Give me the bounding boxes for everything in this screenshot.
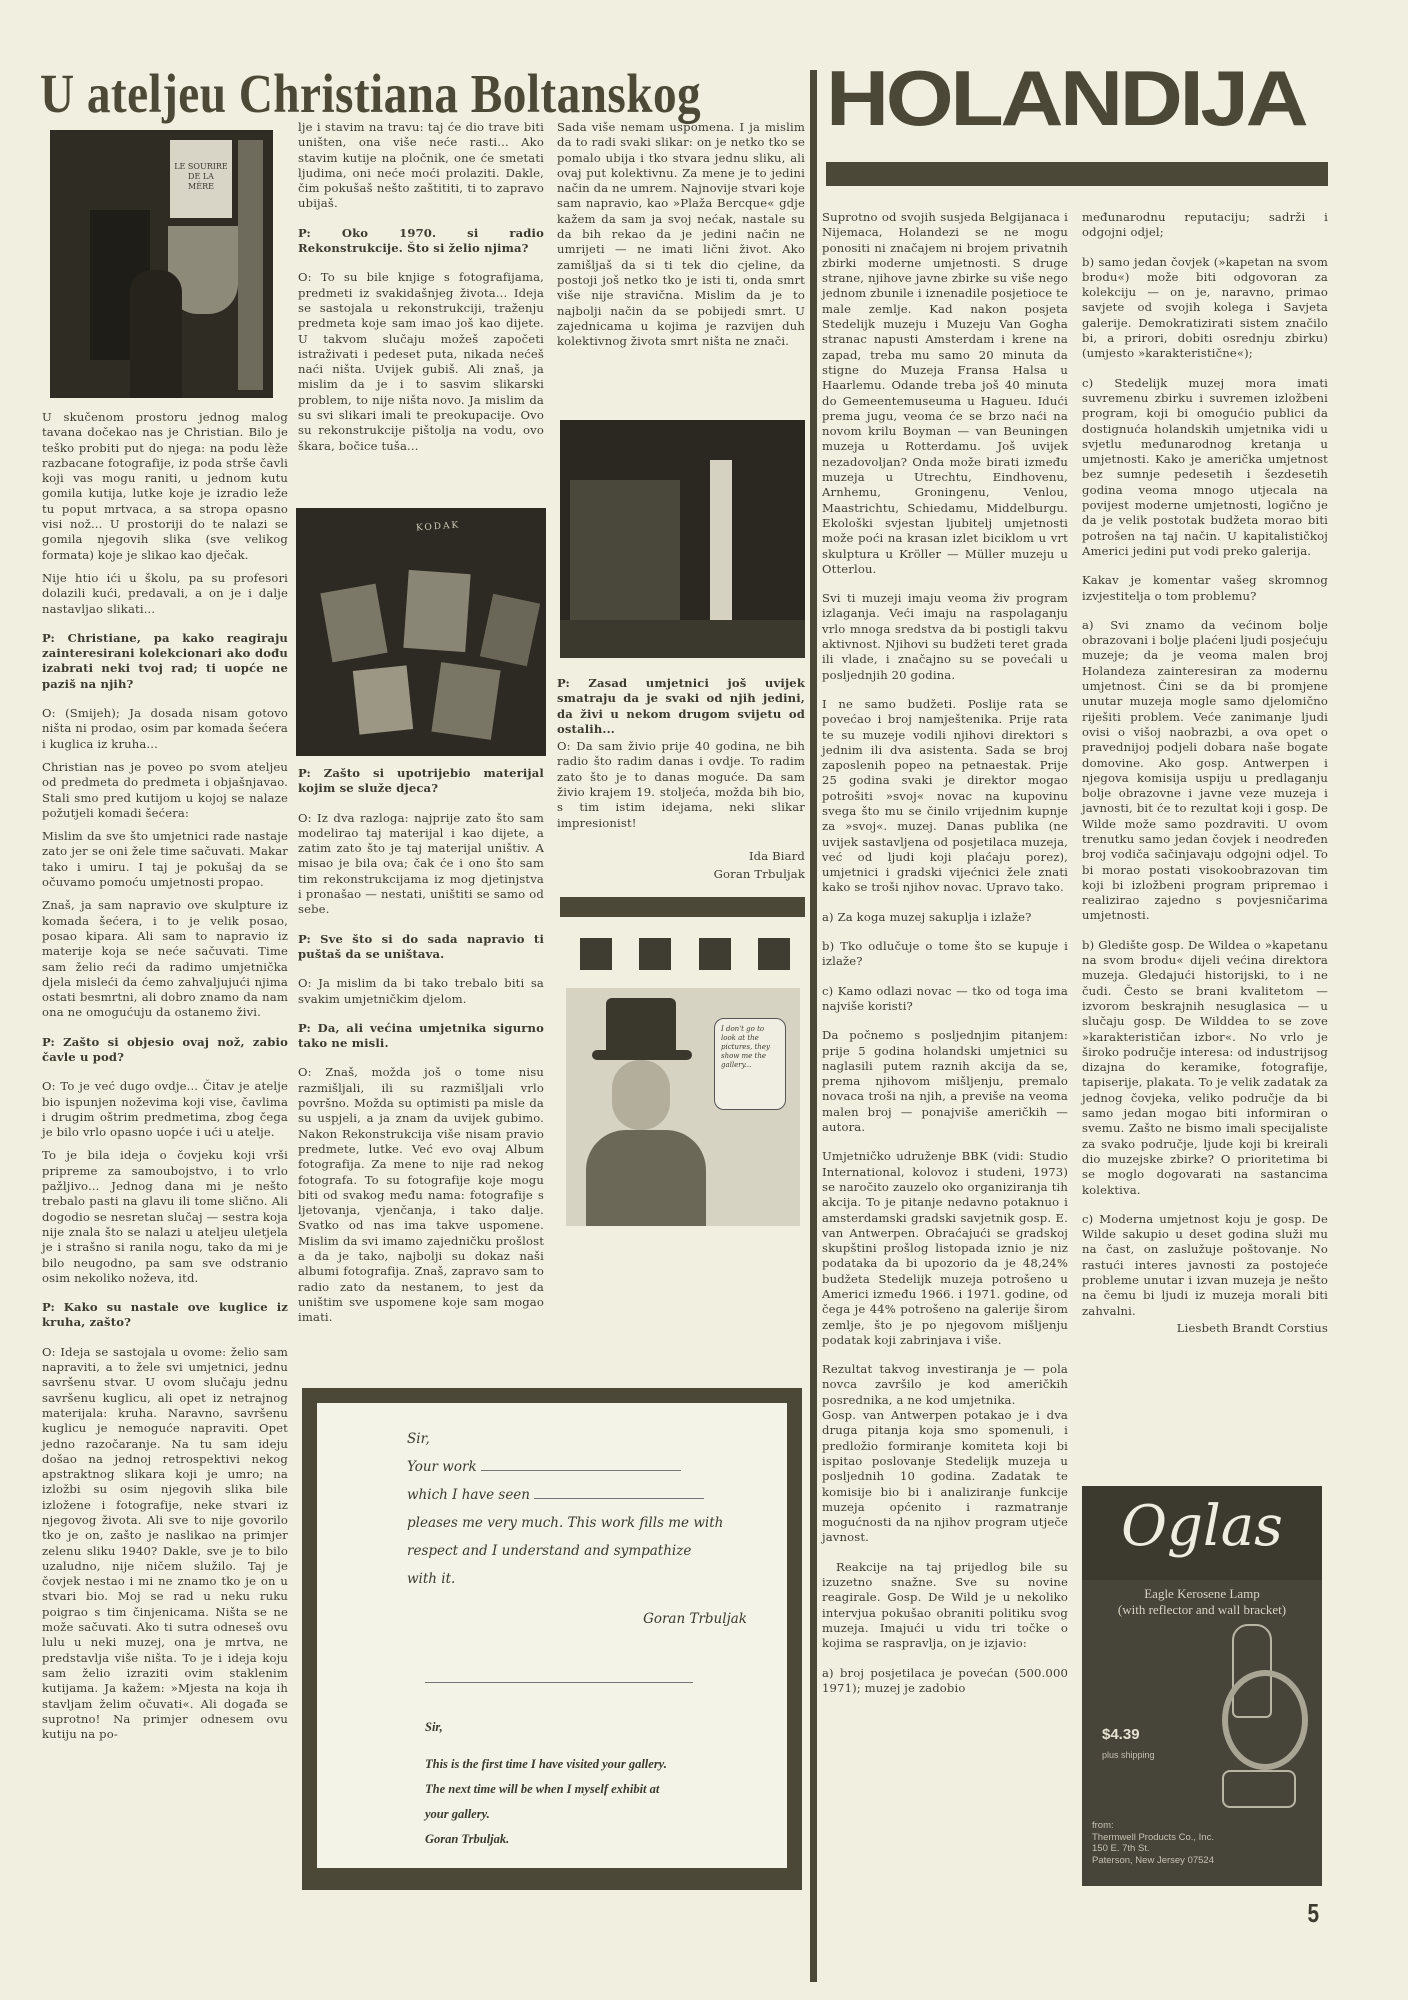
answer-3: O: Ideja se sastojala u ovome: želio sam…	[42, 1345, 288, 1743]
holandija-c2-p2: b) samo jedan čovjek (»kapetan na svom b…	[1082, 255, 1328, 362]
photo-person	[130, 270, 182, 398]
letter-frame: Sir, Your work which I have seen pleases…	[302, 1388, 802, 1890]
answer-1-c: Mislim da sve što umjetnici rade nastaje…	[42, 829, 288, 890]
answer-1-b: Christian nas je poveo po svom ateljeu o…	[42, 760, 288, 821]
photo-sign: LE SOURIRE DE LA MÈRE	[170, 140, 232, 218]
holandija-p3: I ne samo budžeti. Poslije rata se poveć…	[822, 697, 1068, 896]
ad-body: Eagle Kerosene Lamp (with reflector and …	[1082, 1580, 1322, 1886]
photo-floor	[560, 620, 805, 658]
right-column-1: Suprotno od svojih susjeda Belgijanaca i…	[822, 210, 1068, 1704]
photo-frame-1	[320, 584, 387, 663]
blank-line	[534, 1498, 704, 1499]
holandija-c2-p6: b) Gledište gosp. De Wildea o »kapetanu …	[1082, 938, 1328, 1198]
title-underline-bar	[826, 162, 1328, 186]
ad-product-sub: (with reflector and wall bracket)	[1082, 1602, 1322, 1618]
photo-man-in-hat: I don't go to look at the pictures, they…	[566, 988, 800, 1226]
article-title-boltanski: U ateljeu Christiana Boltanskog	[40, 64, 702, 124]
answer-2: O: To je već dugo ovdje... Čitav je atel…	[42, 1079, 288, 1140]
photo-kodak-label: KODAK	[416, 520, 461, 533]
square-1	[580, 938, 612, 970]
question-3: P: Kako su nastale ove kuglice iz kruha,…	[42, 1300, 288, 1331]
holandija-c2-p1: međunarodnu reputaciju; sadrži i odgojni…	[1082, 210, 1328, 241]
column-divider-bar	[810, 70, 817, 1982]
author-goran-trbuljak: Goran Trbuljak	[557, 865, 805, 883]
photo-face	[612, 1060, 670, 1130]
holandija-p4: Da počnemo s posljednjim pitanjem: prije…	[822, 1028, 1068, 1135]
author-ida-biard: Ida Biard	[557, 847, 805, 865]
holandija-c2-p4: Kakav je komentar vašeg skromnog izvjest…	[1082, 573, 1328, 604]
holandija-c2-p7: c) Moderna umjetnost koju je gosp. De Wi…	[1082, 1212, 1328, 1319]
lamp-reflector-icon	[1222, 1670, 1308, 1770]
left-column-2-bottom: P: Zašto si upotrijebio materijal kojim …	[298, 762, 544, 1334]
letter-separator	[425, 1682, 693, 1683]
question-6: P: Sve što si do sada napravio ti puštaš…	[298, 932, 544, 963]
photo-frame-5	[431, 662, 500, 740]
photo-light-column	[710, 460, 732, 620]
answer-2-b: To je bila ideja o čovjeku koji vrši pri…	[42, 1148, 288, 1286]
question-4: P: Oko 1970. si radio Rekonstrukcije. Št…	[298, 226, 544, 257]
answer-1: O: (Smijeh); Ja dosada nisam gotovo ništ…	[42, 706, 288, 752]
answer-5: O: Iz dva razloga: najprije zato što sam…	[298, 811, 544, 918]
letter-handwritten: Sir, Your work which I have seen pleases…	[407, 1425, 747, 1633]
blank-line	[481, 1470, 681, 1471]
holandija-question-a: a) Za koga muzej sakuplja i izlaže?	[822, 910, 1068, 925]
holandija-p1: Suprotno od svojih susjeda Belgijanaca i…	[822, 210, 1068, 577]
continued-paragraph: lje i stavim na travu: taj će dio trave …	[298, 120, 544, 212]
question-2: P: Zašto si objesio ovaj nož, zabio čavl…	[42, 1035, 288, 1066]
photo-interior	[560, 420, 805, 658]
holandija-c2-p3: c) Stedelijk muzej mora imati suvremenu …	[1082, 376, 1328, 560]
holandija-question-c: c) Kamo odlazi novac — tko od toga ima n…	[822, 984, 1068, 1015]
photo-boltanski-atelier: LE SOURIRE DE LA MÈRE	[50, 130, 273, 398]
question-7: P: Da, ali većina umjetnika sigurno tako…	[298, 1021, 544, 1052]
film-strip-squares	[580, 938, 790, 970]
photo-frame-3	[480, 594, 540, 667]
photo-body	[586, 1130, 706, 1226]
continued-paragraph-2: Sada više nemam uspomena. I ja mislim da…	[557, 120, 805, 349]
ad-product: Eagle Kerosene Lamp	[1082, 1586, 1322, 1602]
photo-frame-4	[353, 665, 413, 734]
left-column-3-top: Sada više nemam uspomena. I ja mislim da…	[557, 120, 805, 357]
ad-heading: Oglas	[1082, 1492, 1322, 1562]
intro-paragraph-2: Nije htio ići u školu, pa su profesori d…	[42, 571, 288, 617]
answer-6: O: Ja mislim da bi tako trebalo biti sa …	[298, 976, 544, 1007]
letter-paper: Sir, Your work which I have seen pleases…	[317, 1403, 787, 1868]
square-3	[699, 938, 731, 970]
holandija-p2: Svi ti muzeji imaju veoma živ program iz…	[822, 591, 1068, 683]
ad-address: from: Thermwell Products Co., Inc. 150 E…	[1092, 1820, 1214, 1866]
left-column-3-mid: P: Zasad umjetnici još uvijek smatraju d…	[557, 672, 805, 883]
holandija-p7: Gosp. van Antwerpen potakao je i dva dru…	[822, 1408, 1068, 1546]
question-1: P: Christiane, pa kako reagiraju zainter…	[42, 631, 288, 692]
intro-paragraph: U skučenom prostoru jednog malog tavana …	[42, 410, 288, 563]
photo-hat-brim	[592, 1050, 692, 1060]
right-column-2: međunarodnu reputaciju; sadrži i odgojni…	[1082, 210, 1328, 1337]
answer-1-d: Znaš, ja sam napravio ove skulpture iz k…	[42, 898, 288, 1020]
photo-reconstructions-boxes: KODAK	[296, 508, 546, 756]
holandija-p5: Umjetničko udruženje BBK (vidi: Studio I…	[822, 1149, 1068, 1348]
ad-price: $4.39	[1102, 1726, 1140, 1743]
page-number: 5	[1307, 1898, 1319, 1929]
left-column-2-top: lje i stavim na travu: taj će dio trave …	[298, 120, 544, 462]
holandija-c2-p5: a) Svi znamo da većinom bolje obrazovani…	[1082, 618, 1328, 924]
photo-wall	[570, 480, 680, 630]
letter-typed: Sir, This is the first time I have visit…	[425, 1715, 755, 1852]
advertisement-oglas: Oglas Eagle Kerosene Lamp (with reflecto…	[1082, 1486, 1322, 1886]
decorative-bar	[560, 897, 805, 917]
left-column-1: U skučenom prostoru jednog malog tavana …	[42, 410, 288, 1750]
question-8: P: Zasad umjetnici još uvijek smatraju d…	[557, 676, 805, 737]
speech-bubble: I don't go to look at the pictures, they…	[714, 1018, 786, 1110]
holandija-p6: Rezultat takvog investiranja je — pola n…	[822, 1362, 1068, 1408]
photo-wall-panel	[238, 140, 263, 390]
holandija-p8: Reakcije na taj prijedlog bile su izuzet…	[822, 1560, 1068, 1652]
author-liesbeth-brandt-corstius: Liesbeth Brandt Corstius	[1082, 1319, 1328, 1337]
photo-hat	[606, 998, 676, 1054]
square-4	[758, 938, 790, 970]
answer-4: O: To su bile knjige s fotografijama, pr…	[298, 270, 544, 454]
answer-7: O: Znaš, možda još o tome nisu razmišlja…	[298, 1065, 544, 1325]
ad-shipping: plus shipping	[1102, 1750, 1155, 1760]
holandija-question-b: b) Tko odlučuje o tome što se kupuje i i…	[822, 939, 1068, 970]
question-5: P: Zašto si upotrijebio materijal kojim …	[298, 766, 544, 797]
lamp-base-icon	[1222, 1770, 1296, 1808]
article-title-holandija: HOLANDIJA	[826, 58, 1386, 138]
photo-frame-2	[403, 570, 470, 652]
letter-signature: Goran Trbuljak	[407, 1605, 747, 1633]
square-2	[639, 938, 671, 970]
holandija-p9: a) broj posjetilaca je povećan (500.000 …	[822, 1666, 1068, 1697]
answer-8: O: Da sam živio prije 40 godina, ne bih …	[557, 739, 805, 831]
